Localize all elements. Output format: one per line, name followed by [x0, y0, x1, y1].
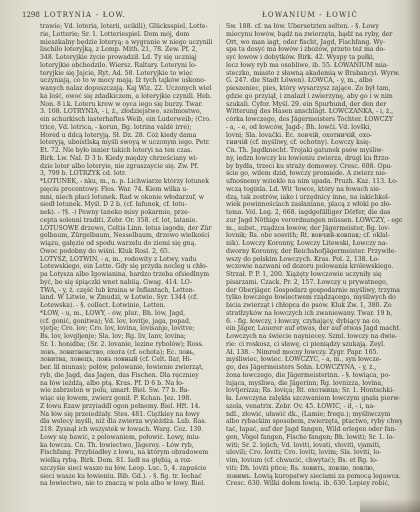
text-line: lecz łowy ryb ma osobliwe. ib. 55. ŁOWAN…: [226, 62, 402, 70]
text-line: wanych nalaz dopuszczają. Kaj Wiz. 22. U…: [40, 85, 212, 93]
text-line: LOTUSOWE drzewo, Celtis Linn. lotus iago…: [40, 225, 212, 233]
text-line: córka łowczego, des Jägermeisters Tochte…: [226, 116, 402, 124]
text-line: bicia zwierząt i chłopca do psów. Kluk Z…: [226, 302, 402, 310]
column-divider: [219, 24, 220, 466]
text-line: m., subst., rządzca łowów, der Jägermeis…: [226, 225, 402, 233]
text-line: Ort, wo man iagt, oder fischt, Jagd, Fis…: [226, 39, 402, 47]
text-line: stratłzyków na łowczych ich zwaniewany. …: [226, 310, 402, 318]
text-line: dla welecy myśli, niż dla zwierza wyieżd…: [40, 418, 212, 426]
text-line: szukali. Cyfor. Myśl. 29. ein Spurhund, …: [226, 101, 402, 109]
text-line: dworny Koronny, der Reichshofjägermeiste…: [226, 248, 402, 256]
text-line: ловъ, ловитвенство, охота (cf. ochota); …: [40, 349, 212, 357]
text-line: Z łowu Ezaw przyiaddl ogon pełnemy. Biel…: [40, 403, 212, 411]
text-line: tylko łowczego łowiectwem rządzącego, my…: [226, 294, 402, 302]
text-line: ła. Łowczyna zalękła szczwaniem łowczym …: [226, 395, 402, 403]
text-line: sieci wasze ku łowieniu. Bib. Gd.). - §.…: [40, 473, 212, 481]
text-line: ulovili; Cro. loviti; Cro. loviti, lovim…: [226, 449, 402, 457]
text-line: Sr. 1. honidba; (Sr. 2. lovanie, lezine …: [40, 341, 212, 349]
text-line: dzie loter albo loteryie, nie zgraszayci…: [40, 163, 212, 171]
text-line: gen, Vögel fangen, Fische fangen; Bh. lo…: [226, 434, 402, 442]
text-line: teryjkie się Jajcie, Ryt. Ad. 58. Lotery…: [40, 70, 212, 78]
text-line: rie, Lotterie; Sr. 1. Lotteriespiel. Dom…: [40, 31, 212, 39]
text-line: wiąc się łowem, zwierz gonił. P. Kchan. …: [40, 395, 212, 403]
text-line: szczyśie sieci waszo na łów. Leop. Luc. …: [40, 465, 212, 473]
text-line: ловимъ. Łowią kuropatwy sieciami za pomo…: [226, 473, 402, 481]
text-line: nik). Łowczy Koronny, Łowczy Litewski, Ł…: [226, 240, 402, 248]
text-line: lovnik; Rs. obe sosvith; Rt. вовчий-ковп…: [226, 232, 402, 240]
text-line: ryb, die Jagd, das Jagen, das Fischen. D…: [40, 372, 212, 380]
text-line: na łowiectwo, nie to znaczą w pola albo …: [40, 480, 212, 488]
text-line: *LOTUNEK, - nku, m., n. p. Lichwiarze kt…: [40, 178, 212, 186]
text-line: - a, - e, od łowców, Jagd-; Bh. lowčí. V…: [226, 124, 402, 132]
text-line: TWA, - y, ż. część lub kraina w Inflanta…: [40, 287, 212, 295]
text-line: Łowczych na świecie nayniecey. Szml. łow…: [226, 333, 402, 341]
text-line: 218. Zysnął ich wszystek w łowach. Warg.…: [40, 426, 212, 434]
text-line: Witterung des Hasen anschlägt. ŁOWCZANKA…: [226, 108, 402, 116]
text-line: spa ta dosyć ma łowów i zbożów, przeto t…: [226, 46, 402, 54]
text-line: lischilo loteryjką, z Lomp. Mith. 21, 78…: [40, 46, 212, 54]
text-line: Non. 8 i.k. Loteru krew w oyca iego się …: [40, 101, 212, 109]
text-line: cepta solenni traditi. Zebr. Or. 358. cf…: [40, 217, 212, 225]
text-line: Sw. 188. cf. na łów. Übersetzten selten.…: [226, 23, 402, 31]
text-line: gelbaum, Zürgelbaum, Nesselbaum, drzewo …: [40, 232, 212, 240]
text-line: Łotewska). - §. collect. Łotwinie, Lette…: [40, 302, 212, 310]
text-line: Strzał. P. P. 1, 200. Xiążęty łowczowie …: [226, 271, 402, 279]
text-line: gdzie go przyiął, i znalazł i zwierzynę,…: [226, 93, 402, 101]
text-line: der Oberjäger. Gospodarz gospodarnie myś…: [226, 287, 402, 295]
text-line: 6. - fig. łowczy, i łowczy, czyhający, d…: [226, 318, 402, 326]
text-line: syć łowów i dobytków. Birk. 42. Wyspy ta…: [226, 54, 402, 62]
text-line: myśliwiec, łowiec. ŁOWCZYC, - a, m., syn…: [226, 356, 402, 364]
text-line: Hored u ddcą loteryją. Sł. Dz. 28. Cóż k…: [40, 132, 212, 140]
text-line: lovni; Sla. lovački. Ec. ловчій, охотнич…: [226, 132, 402, 140]
text-line: być, bo się śpiączki wnet nabiią. Gwag. …: [40, 279, 212, 287]
text-line: land. W Litwie, w Żmudzi, w Łotwie. Syr.…: [40, 294, 212, 302]
text-line: go, des Jägermeisters Sohn. ŁOWCZYNA, - …: [226, 364, 402, 372]
text-line: vjetje; Cro. lov; Cro. lov, lovina, lovi…: [40, 325, 212, 333]
text-line: pisarzami. Czack. Pr. 2, 157. Łowczy u p…: [226, 279, 402, 287]
text-line: by bydła, trzeci ku straży domowey. Cres…: [226, 163, 402, 171]
text-line: Et. 72. Nie było innier takich loteryi n…: [40, 147, 212, 155]
page-number: 1298: [22, 11, 40, 19]
text-line: tać, łapać, auf der Jagd fangen, Wild er…: [226, 426, 402, 434]
text-line: rie: ci roskosz, ci sławę, ci pieniądzy …: [226, 341, 402, 349]
text-line: ufnośnemy wzieklo na nim upada. Pruzh. K…: [226, 178, 402, 186]
text-line: albo rybackim sposobem, zwierzęta, ptact…: [226, 418, 402, 426]
right-running-head: ŁOWANIUM - ŁOWIĆ: [262, 11, 358, 23]
text-line: LOTYSZ, LOTWIN, - a, m., rodowity z Lotw…: [40, 256, 212, 264]
text-line: ein Jäger, Lauerer auf etwas, der auf et…: [226, 325, 402, 333]
text-line: ka łowcza. Cn. Th. łowiectwo, Jägerey. -…: [40, 442, 212, 450]
text-line: pięciu procentowy. Flos. War. 74. Kiem w…: [40, 186, 212, 194]
text-line: loteryjkie obchodzilo. Wiersz. Raltary. …: [40, 62, 212, 70]
left-running-head: LOTRYNIA - ŁOW.: [44, 11, 126, 23]
text-line: Owoc podobny do wiśni. Kluk Rosl. 2, 65.: [40, 248, 212, 256]
text-line: Cresc. 630. Wilki dołem łowią. ib. 630. …: [226, 480, 402, 488]
text-line: dzą, tak zostrów, iako i urzędnicy inne,…: [226, 194, 402, 202]
text-line: Fischfang. Przybiadłey z łowu, na którym…: [40, 449, 212, 457]
text-line: szela, venatrix. Zebr. Ov. 45. ŁOWIĆ, - …: [226, 403, 402, 411]
text-line: zur Jagd Nöthige verordnungen müssen. ŁO…: [226, 217, 402, 225]
text-line: ловитва, ловецъ, ловъ ловный (cf. Celt. …: [40, 356, 212, 364]
text-line: nek). - †§. -) Pewny taneko misy pokarmi…: [40, 209, 212, 217]
text-line: wiązu, gałęzie od spodu warzelu do ziemi…: [40, 240, 212, 248]
text-line: pa Lotysza albo Igowianina, bardzo trzeb…: [40, 271, 212, 279]
text-line: ein schurkisch lasterhaftes Weib, ein Lu…: [40, 116, 212, 124]
text-line: ście go, wilem dzid, łowczy promiede. A …: [226, 170, 402, 178]
text-line: mni, niech płaci lotunek. Rad w okonie w…: [40, 194, 212, 202]
text-line: siedł lotunek. Myśl. D 2 b. (cf. łafunek…: [40, 201, 212, 209]
text-line: (cf. gonić, gonitwa); Vd. lov, lovitje, …: [40, 318, 212, 326]
text-line: steczko, miasto z sławną akademią w Brab…: [226, 70, 402, 78]
text-line: 348. Loteryjkie życie prowadził. Ld. Ty …: [40, 54, 212, 62]
text-line: wczowie nazwani od dozoru polowania król…: [226, 263, 402, 271]
text-line: ny, iedzn łowczy ku łowieniu zwierza, dr…: [226, 155, 402, 163]
text-line: żona łowczego, die Jägermeisterinn. - §.…: [226, 372, 402, 380]
text-line: loteryją, uboistlską myśli swoyą w uczon…: [40, 139, 212, 147]
text-line: lująca, myśliwa, die Jägerinn; Rg. lovni…: [226, 380, 402, 388]
text-line: miecynu łowów, bądź na zwierzęta, bądź n…: [226, 31, 402, 39]
text-line: trawie; Vd. loteria, loterii, ucikili), …: [40, 23, 212, 31]
text-line: pieszeniec, pies, który wysarzysz zające…: [226, 85, 402, 93]
text-line: wczą toginla. Ld. Wit 'łowce, który na ł…: [226, 186, 402, 194]
text-line: na łów ieżdżą, albo ptą. Kras. Pf. D 6 b…: [40, 380, 212, 388]
text-line: 3. 108. LOTRYNIA, - i, ż., złodziejstwo,…: [40, 108, 212, 116]
text-line: Lotewskiego, ein Lette. Gdy się przyda n…: [40, 263, 212, 271]
text-line: G. 247. die Stadt Löwen). ŁOWCA, - y, m.…: [226, 77, 402, 85]
text-line: wszy do polskim Łowczych. Kras. Pol. 2, …: [226, 256, 402, 264]
text-line: *ŁOW, - u, m., ŁOWY, - ów, plur., Bh. ló…: [40, 310, 212, 318]
text-line: trice, Vd. lotrica, - korun, Bg. lotrina…: [40, 124, 212, 132]
text-line: Na łów się przeiedżaly. Stes. 481. Ciężk…: [40, 411, 212, 419]
text-line: Birk. Lw. Nal. D 3 b. Kiedy między chrze…: [40, 155, 212, 163]
text-line: tema. Vol. Leg. 2, 668. iagdgefälliger D…: [226, 209, 402, 217]
text-line: wiek powinnościach zasłaniane, placą z w…: [226, 201, 402, 209]
text-line: wie zabrzelon w polu, umarł. Biel. Sw. 7…: [40, 387, 212, 395]
text-line: mieszkalny będzie loteryą; a wygranie w …: [40, 39, 212, 47]
text-line: 3, 799 b. LOTRZYK cd. lotr.: [40, 170, 212, 178]
text-line: wielką rybą. Birk. Dom. 81. Iadł na głęb…: [40, 457, 212, 465]
scanned-dictionary-page: 1298 LOTRYNIA - ŁOW. ŁOWANIUM - ŁOWIĆ tr…: [0, 0, 420, 512]
page-gutter-shadow: [406, 0, 420, 512]
text-line: ndl., złowić, uławić dk., (Lamie; frequ.…: [226, 411, 402, 419]
text-line: uczyniają, co to w mocy mają. Iż tych ta…: [40, 77, 212, 85]
text-line: Ał. 138. - Nimrod mocny łowczy. Zygr. Pa…: [226, 349, 402, 357]
page-corner-shadow: [360, 498, 420, 512]
text-line: Łowy się bawić, z polowaniem, połowić. Ł…: [40, 434, 212, 442]
text-line: vim, lovium (cf. chwacić, chwytać); Bs. …: [226, 457, 402, 465]
text-line: witi; Sr. 2. lojich; Vd. loviti, lovati,…: [226, 442, 402, 450]
text-line: viti; Dh. loviti ptice; Rs. ловить, ловл…: [226, 465, 402, 473]
text-line: тничій (cf. myśliwy, cf. ochotny). Łowcz…: [226, 139, 402, 147]
left-text-column: trawie; Vd. loteria, loterii, ucikili), …: [40, 23, 212, 488]
text-line: Bs. lov, lovgljenje; Sla. lov; Rg. liv, …: [40, 333, 212, 341]
right-text-column: Sw. 188. cf. na łów. Übersetzten selten.…: [226, 23, 402, 488]
text-line: ber. lil munas); połów, polowanie, łowie…: [40, 364, 212, 372]
text-line: ka lość, owoć się zdadkiczem, a loteryjk…: [40, 93, 212, 101]
text-line: lovtjerizza; Rs. loviça; Rt. охотница; S…: [226, 387, 402, 395]
text-line: Cn. Th. Jagdknecht. Trojaki gatunek psów…: [226, 147, 402, 155]
